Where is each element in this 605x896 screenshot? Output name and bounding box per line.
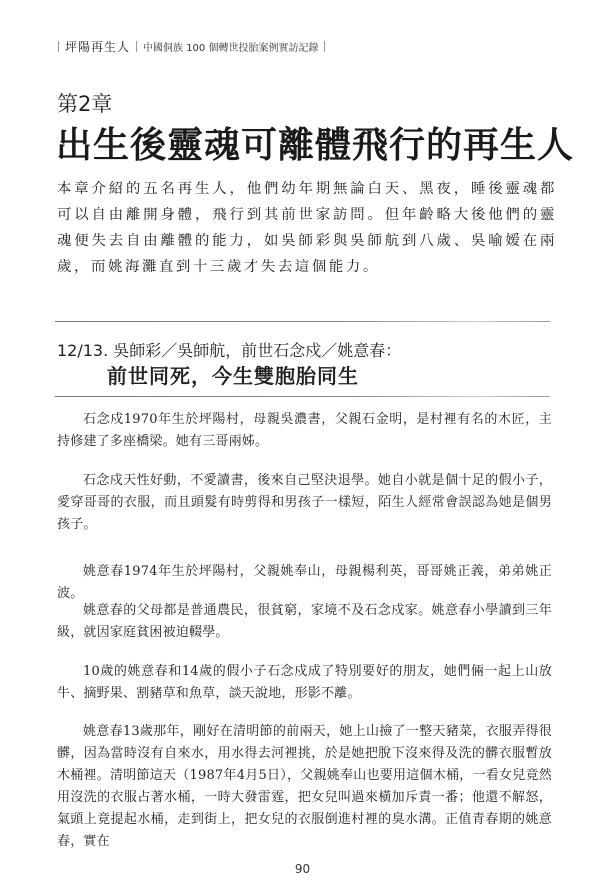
running-header: 坪陽再生人 中國侗族 100 個轉世投胎案例實訪記錄 [52, 38, 331, 55]
header-divider [324, 41, 325, 52]
body-paragraph: 姚意春1974年生於坪陽村，父親姚奉山，母親楊利英，哥哥姚正義，弟弟姚正波。 [57, 561, 552, 605]
page-number: 90 [0, 862, 605, 876]
body-paragraph: 姚意春的父母都是普通農民，很貧窮，家境不及石念戍家。姚意春小學讀到三年級，就因家… [57, 600, 552, 644]
chapter-title: 出生後靈魂可離體飛行的再生人 [56, 117, 574, 168]
section-divider-top [55, 321, 550, 322]
book-subtitle: 中國侗族 100 個轉世投胎案例實訪記錄 [143, 39, 318, 54]
chapter-label: 第2章 [57, 88, 112, 118]
body-paragraph: 10歲的姚意春和14歲的假小子石念戍成了特別要好的朋友，她們倆一起上山放牛、摘野… [57, 661, 552, 705]
section-subheading: 前世同死，今生雙胞胎同生 [107, 360, 359, 389]
section-heading: 12/13. 吳師彩／吳師航，前世石念戍／姚意春： [57, 338, 401, 361]
header-divider [58, 41, 59, 52]
body-paragraph: 石念戍天性好動，不愛讀書，後來自己堅決退學。她自小就是個十足的假小子，愛穿哥哥的… [57, 470, 552, 536]
body-paragraph: 石念戍1970年生於坪陽村，母親吳濃書，父親石金明，是村裡有名的木匠，主持修建了… [57, 409, 552, 453]
body-paragraph: 姚意春13歲那年，剛好在清明節的前兩天，她上山撿了一整天豬菜，衣服弄得很髒，因為… [57, 721, 552, 853]
header-divider [136, 41, 137, 52]
chapter-intro: 本章介紹的五名再生人，他們幼年期無論白天、黑夜，睡後靈魂都可以自由離開身體，飛行… [57, 176, 557, 280]
book-title: 坪陽再生人 [65, 38, 130, 55]
section-divider-bottom [55, 396, 550, 397]
